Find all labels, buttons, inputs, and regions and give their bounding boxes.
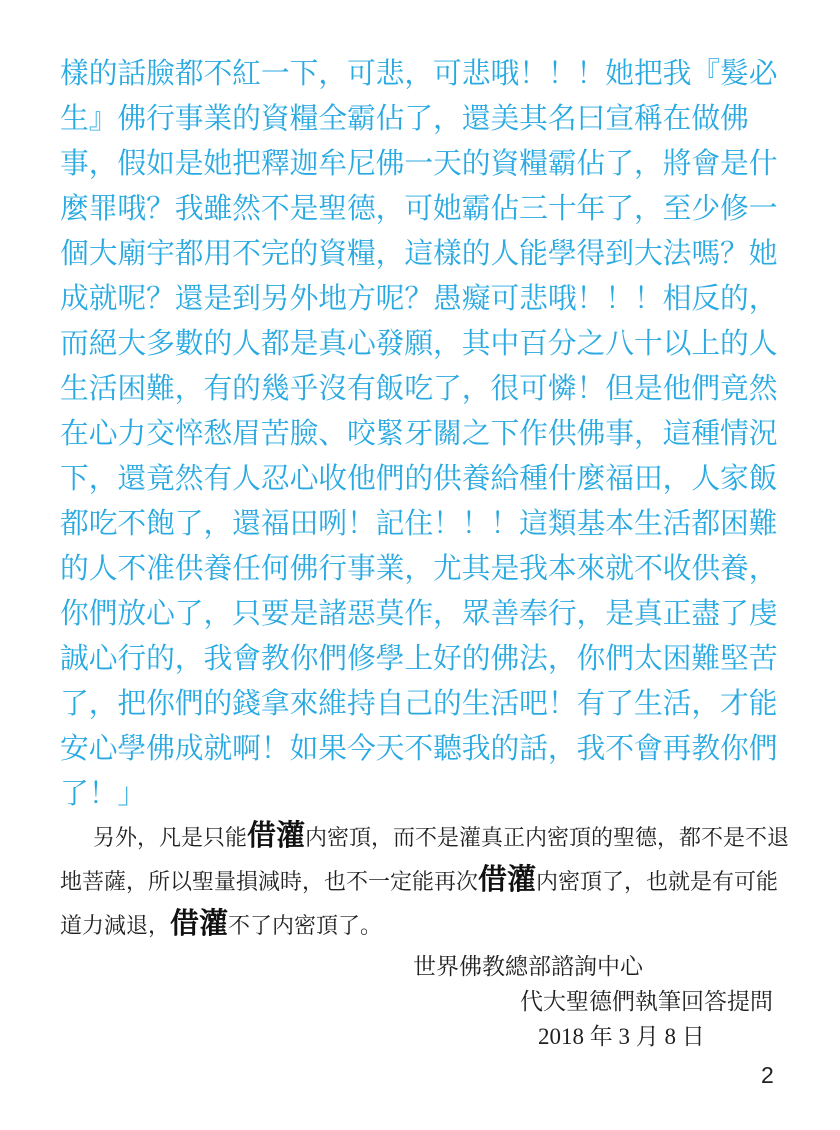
text-line: 生活困難，有的幾乎沒有飯吃了，很可憐！但是他們竟然	[60, 367, 788, 412]
text-segment: 内密頂了，也就是有可能	[536, 869, 778, 894]
text-line: 地菩薩，所以聖量損減時，也不一定能再次借灌内密頂了，也就是有可能	[60, 859, 792, 903]
text-line: 道力減退，借灌不了内密頂了。	[60, 903, 792, 947]
text-line: 生』佛行事業的資糧全霸佔了，還美其名曰宣稱在做佛	[60, 97, 788, 142]
text-segment: 内密頂，而不是灌真正内密頂的聖德，都不是不退	[305, 825, 789, 850]
page-number: 2	[761, 1062, 774, 1088]
text-line: 你們放心了，只要是諸惡莫作，眾善奉行，是真正盡了虔	[60, 592, 788, 637]
text-line: 的人不准供養任何佛行事業，尤其是我本來就不收供養，	[60, 547, 788, 592]
text-line: 下，還竟然有人忍心收他們的供養給種什麼福田，人家飯	[60, 457, 788, 502]
text-line: 了！」	[60, 772, 788, 817]
text-line: 在心力交悴愁眉苦臉、咬緊牙關之下作供佛事，這種情況	[60, 412, 788, 457]
text-line: 事，假如是她把釋迦牟尼佛一天的資糧霸佔了，將會是什	[60, 142, 788, 187]
emphasized-term: 借灌	[478, 864, 536, 896]
emphasized-term: 借灌	[170, 908, 228, 940]
footer-organization: 世界佛教總部諮詢中心	[413, 949, 840, 984]
text-line: 麼罪哦？我雖然不是聖德，可她霸佔三十年了，至少修一	[60, 187, 788, 232]
document-page: 樣的話臉都不紅一下，可悲，可悲哦！！！她把我『髮必生』佛行事業的資糧全霸佔了，還…	[0, 0, 840, 1130]
main-text: 樣的話臉都不紅一下，可悲，可悲哦！！！她把我『髮必生』佛行事業的資糧全霸佔了，還…	[60, 52, 788, 817]
footer-signature: 代大聖德們執筆回答提問	[520, 984, 840, 1019]
text-line: 都吃不飽了，還福田咧！記住！！！這類基本生活都困難	[60, 502, 788, 547]
text-segment: 另外，凡是只能	[93, 825, 247, 850]
emphasized-term: 借灌	[247, 820, 305, 852]
text-line: 成就呢？還是到另外地方呢？愚癡可悲哦！！！相反的，	[60, 277, 788, 322]
text-line: 樣的話臉都不紅一下，可悲，可悲哦！！！她把我『髮必	[60, 52, 788, 97]
text-line: 安心學佛成就啊！如果今天不聽我的話，我不會再教你們	[60, 727, 788, 772]
footer-date: 2018 年 3 月 8 日	[538, 1019, 840, 1054]
text-line: 而絕大多數的人都是真心發願，其中百分之八十以上的人	[60, 322, 788, 367]
text-line: 了，把你們的錢拿來維持自己的生活吧！有了生活，才能	[60, 682, 788, 727]
text-segment: 道力減退，	[60, 913, 170, 938]
text-segment: 不了内密頂了。	[228, 913, 382, 938]
text-line: 個大廟宇都用不完的資糧，這樣的人能學得到大法嗎？她	[60, 232, 788, 277]
text-segment: 地菩薩，所以聖量損減時，也不一定能再次	[60, 869, 478, 894]
text-line: 另外，凡是只能借灌内密頂，而不是灌真正内密頂的聖德，都不是不退	[60, 815, 792, 859]
footer: 世界佛教總部諮詢中心 代大聖德們執筆回答提問 2018 年 3 月 8 日	[0, 949, 840, 1054]
note-text: 另外，凡是只能借灌内密頂，而不是灌真正内密頂的聖德，都不是不退地菩薩，所以聖量損…	[60, 815, 792, 947]
text-line: 誠心行的，我會教你們修學上好的佛法，你們太困難堅苦	[60, 637, 788, 682]
